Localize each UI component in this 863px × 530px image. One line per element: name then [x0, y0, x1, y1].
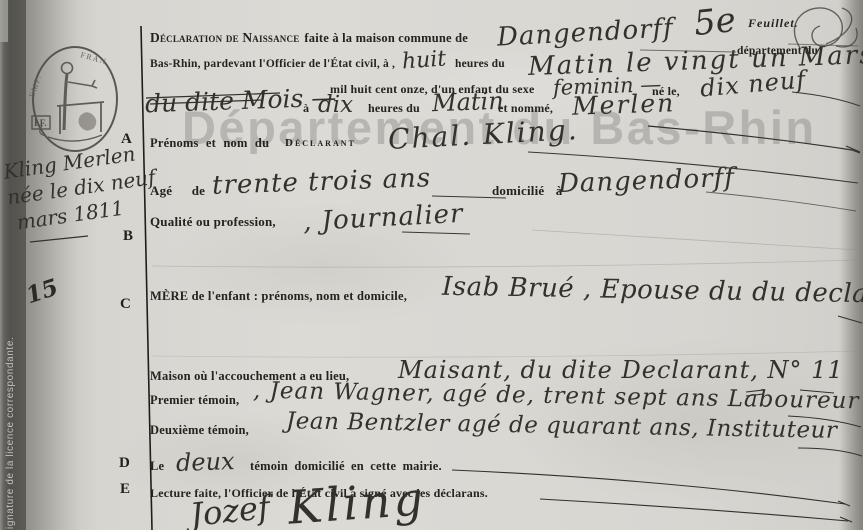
form-line1: Déclaration de Naissancefaite à la maiso…	[150, 30, 468, 46]
row-letter-d: D	[119, 455, 130, 472]
seal-arc-text-top: FRAN	[79, 50, 108, 66]
age-hand: trente trois ans	[212, 163, 432, 201]
temoin1-label: Premier témoin,	[150, 393, 239, 408]
profession-hand: , Journalier	[302, 199, 464, 237]
birth-declaration-scan: ignature de la licence correspondante. D…	[0, 0, 863, 530]
seal-box-label: I.F.	[34, 118, 47, 128]
hour-hand: huit	[401, 46, 447, 74]
form-line1-title: Déclaration de Naissance	[150, 30, 299, 45]
row-letter-a: A	[121, 131, 132, 148]
mere-label: MÈRE de l'enfant : prénoms, nom et domic…	[150, 289, 407, 304]
domicile-hand: Dangendorff	[558, 163, 736, 199]
form-line1-rest: faite à la maison commune de	[304, 31, 468, 45]
row-letter-e: E	[120, 481, 130, 498]
seal-arc-text-left: EMP.	[28, 73, 43, 98]
birth-ampm-hand: Matin	[432, 87, 505, 117]
declarant-label: Prénoms et nom du	[150, 136, 269, 151]
child-name-hand: Merlen	[572, 88, 676, 121]
profession-label: Qualité ou profession,	[150, 214, 276, 230]
commune-hand: Dangendorff	[496, 13, 674, 52]
signature-declarant: Jozef	[188, 488, 271, 530]
d-le-label: Le	[150, 459, 164, 474]
temoin2-hand: Jean Bentzler agé de quarant ans, Instit…	[286, 408, 838, 444]
birth-hour-hand: dix	[318, 92, 353, 118]
signature-officer: Kling	[286, 471, 427, 530]
licence-vertical-text: ignature de la licence correspondante.	[5, 337, 16, 529]
a-label: à	[303, 101, 309, 116]
row-letter-c: C	[120, 296, 131, 313]
scan-corner-patch	[0, 0, 8, 42]
heures-du-label-1: heures du	[455, 58, 505, 70]
mere-hand: Isab Brué , Epouse du du declarant.	[442, 272, 863, 311]
domicilie-label: domicilié à	[492, 183, 563, 199]
imperial-seal-icon: I.F. FRAN EMP.	[28, 42, 122, 156]
temoin-number-hand: deux	[176, 447, 236, 477]
feuillet-label: Feuillet.	[748, 16, 799, 31]
row-letter-b: B	[123, 228, 133, 245]
feuillet-number-hand: 5e	[692, 0, 738, 44]
age-label: Agé de	[150, 183, 205, 199]
right-edge-shadow	[840, 0, 863, 530]
form-line2: Bas-Rhin, pardevant l'Officier de l'État…	[150, 58, 395, 70]
maison-hand: Maisant, du dite Declarant, N° 11	[398, 356, 844, 384]
temoin2-label: Deuxième témoin,	[150, 423, 249, 438]
heures-du-label-2: heures du	[368, 101, 420, 116]
declarant-title: Déclarant	[285, 137, 356, 149]
